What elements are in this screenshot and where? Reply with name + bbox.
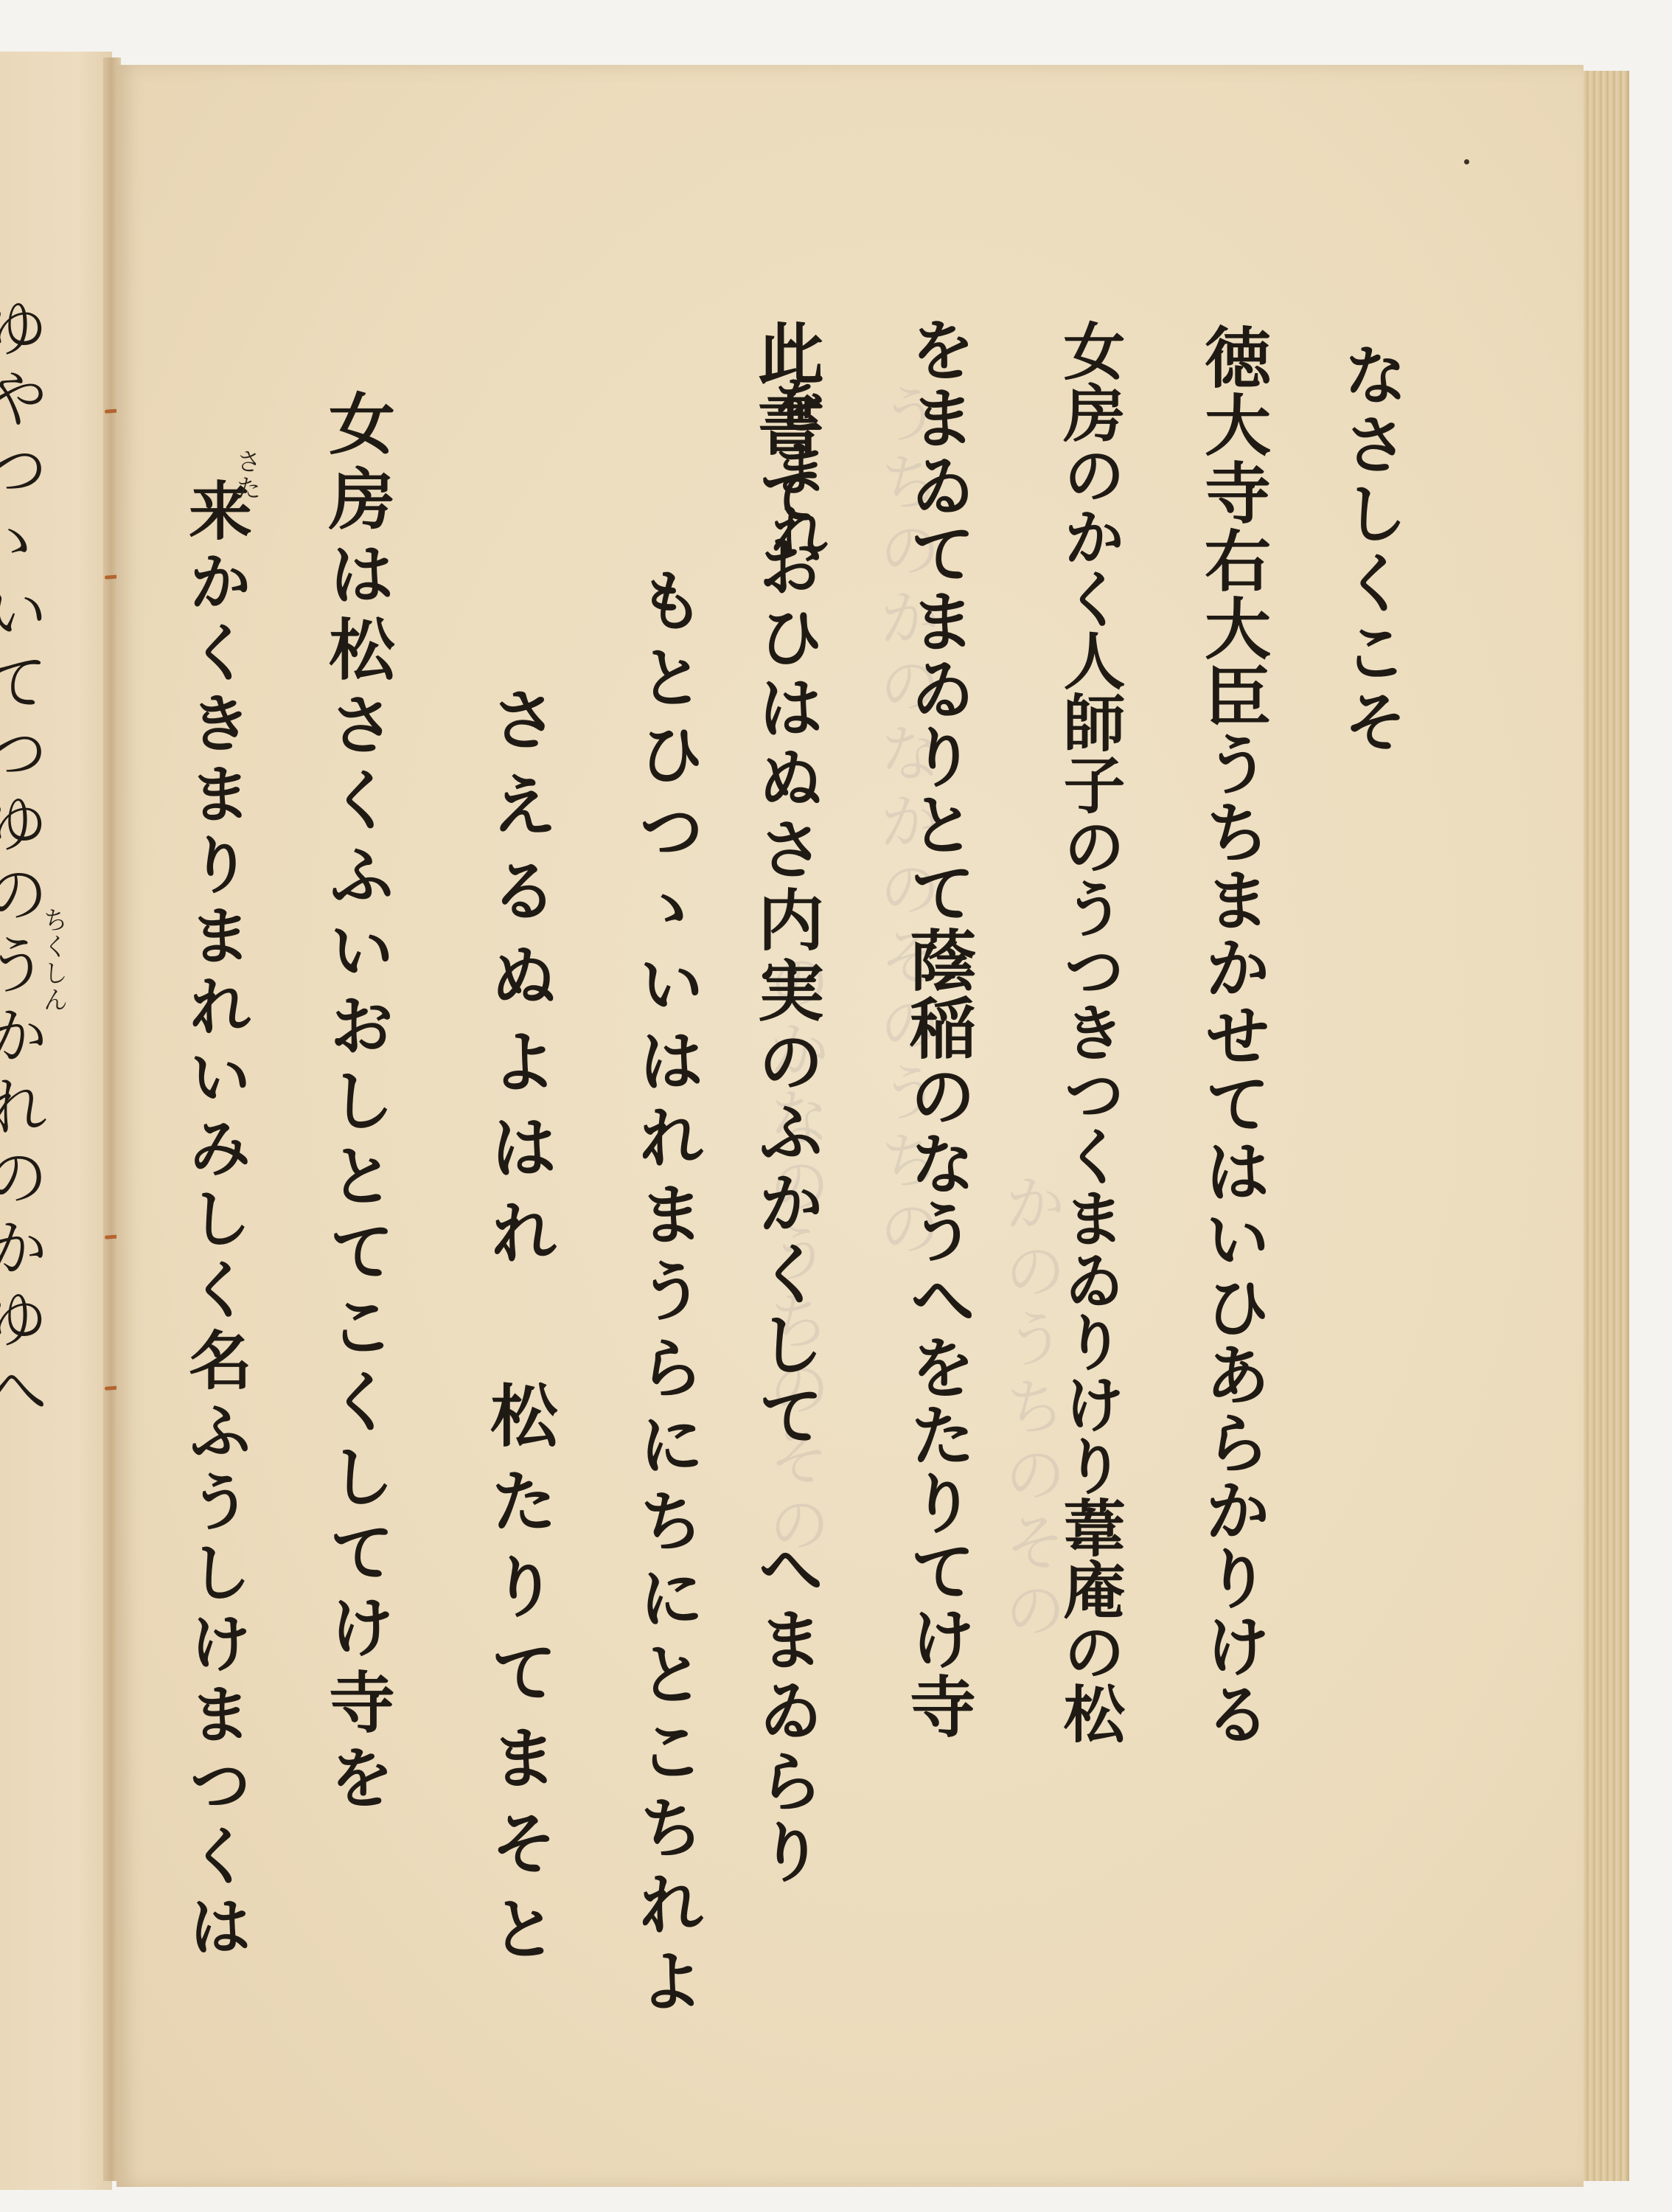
right-page: うちのかのなかのそのうちの のかなのうちのその かのうちのその なさしくこそ 徳…: [116, 65, 1584, 2187]
furigana-annotation: さた: [229, 448, 265, 501]
ink-spot: [1464, 159, 1469, 164]
text-column-7: もとひつゝいはれまうらにちにとこちれよ: [633, 566, 699, 2023]
left-page-text-column: ゆやつゝいてつゆのうかれのかゆへ: [0, 295, 43, 1427]
text-column-9: 女房は松さくふいおしとてこくしてけ寺を: [323, 389, 389, 1818]
page-edges: [1584, 71, 1629, 2181]
text-column-2: 徳大寺右大臣うちまかせてはいひあらかりける: [1199, 323, 1265, 1747]
text-column-4: をまゐてまゐりとて蔭稲のなうへをたりてけ寺: [904, 316, 970, 1740]
text-column-1: なさしくこそ: [1339, 341, 1404, 757]
text-column-10: 来かくきまりまれいみしく名ふうしけまつくは: [183, 478, 246, 1964]
text-column-3: 女房のかく人師子のうつきつくまゐりけり葦庵の松: [1059, 319, 1121, 1744]
left-page-annotation: ちくしん: [35, 907, 72, 1013]
text-column-8: さえるぬよはれ 松たりてまそと: [485, 684, 553, 1979]
text-column-6: をまれ: [765, 375, 824, 565]
left-page: ゆやつゝいてつゆのうかれのかゆへ ちくしん: [0, 52, 112, 2190]
